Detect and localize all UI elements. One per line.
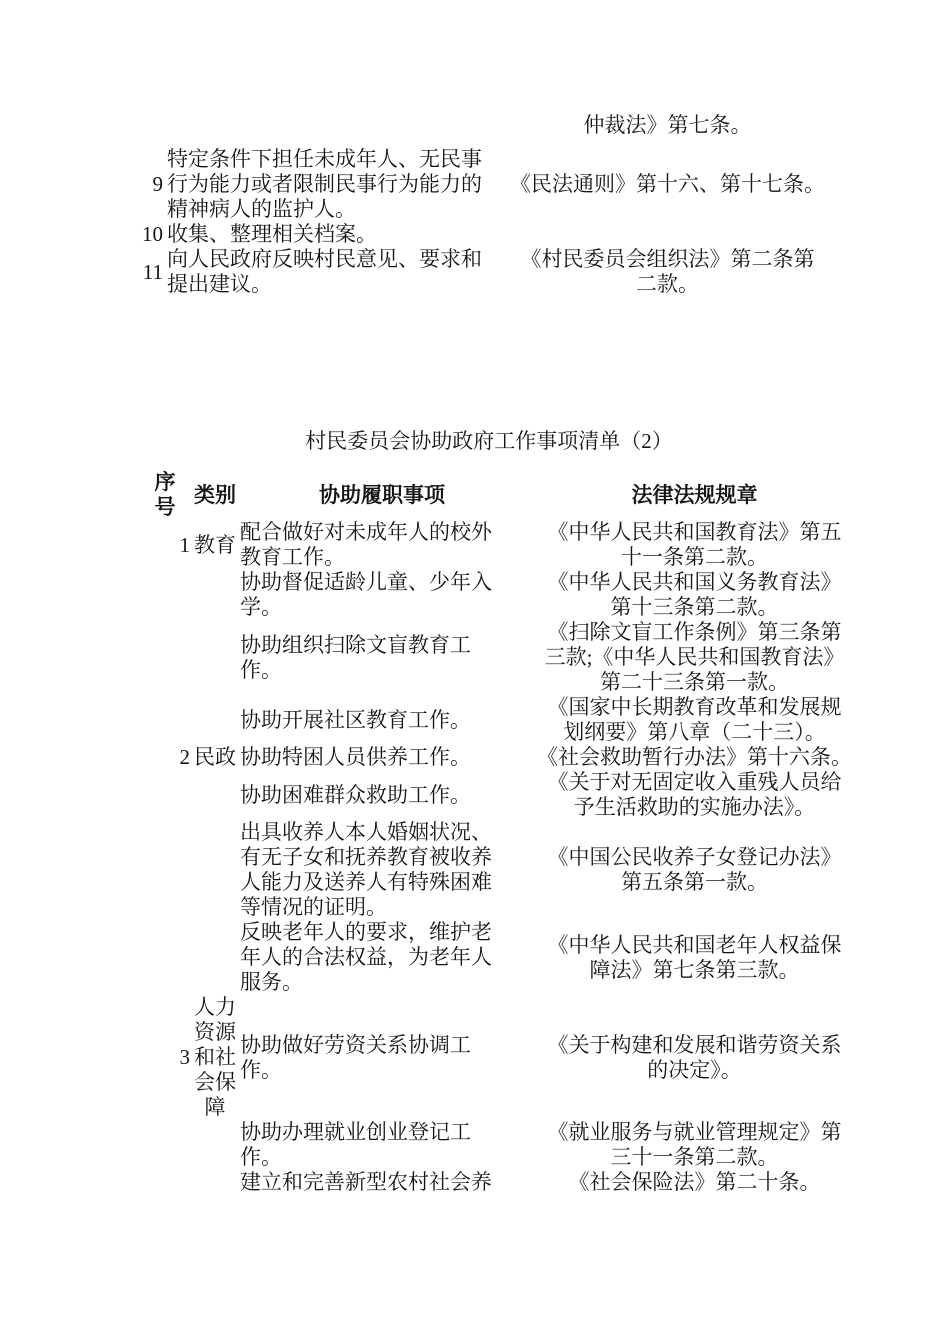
table-row: 2 民政 协助特困人员供养工作。 《社会救助暂行办法》第十六条。 — [140, 745, 865, 770]
category-cell: 人力 资源 和社 会保 障 — [190, 995, 240, 1120]
category-cell — [190, 620, 240, 695]
category-cell — [190, 920, 240, 995]
law-cell: 仲裁法》第七条。 — [501, 113, 834, 147]
law-cell — [501, 222, 834, 247]
category-cell — [190, 770, 240, 820]
item-cell — [163, 113, 501, 147]
item-cell: 协助做好劳资关系协调工 作。 — [240, 995, 524, 1120]
continuation-table: 仲裁法》第七条。 9 特定条件下担任未成年人、无民事 行为能力或者限制民事行为能… — [140, 113, 834, 297]
table-row: 10 收集、整理相关档案。 — [140, 222, 834, 247]
seq-cell: 9 — [140, 147, 163, 222]
seq-cell — [140, 1120, 190, 1170]
law-cell: 《社会救助暂行办法》第十六条。 — [524, 745, 865, 770]
item-cell: 反映老年人的要求，维护老 年人的合法权益，为老年人 服务。 — [240, 920, 524, 995]
seq-cell: 2 — [140, 745, 190, 770]
item-cell: 特定条件下担任未成年人、无民事 行为能力或者限制民事行为能力的 精神病人的监护人… — [163, 147, 501, 222]
seq-cell — [140, 1170, 190, 1195]
seq-cell: 11 — [140, 247, 163, 297]
item-cell: 出具收养人本人婚姻状况、 有无子女和抚养教育被收养 人能力及送养人有特殊困难 等… — [240, 820, 524, 920]
category-cell: 教育 — [190, 520, 240, 570]
document-page: 仲裁法》第七条。 9 特定条件下担任未成年人、无民事 行为能力或者限制民事行为能… — [0, 0, 950, 1344]
table-row: 协助督促适龄儿童、少年入 学。 《中华人民共和国义务教育法》 第十三条第二款。 — [140, 570, 865, 620]
table-row: 建立和完善新型农村社会养 《社会保险法》第二十条。 — [140, 1170, 865, 1195]
category-cell: 民政 — [190, 745, 240, 770]
table-row: 协助开展社区教育工作。 《国家中长期教育改革和发展规 划纲要》第八章（二十三）。 — [140, 695, 865, 745]
seq-cell — [140, 920, 190, 995]
law-cell: 《中华人民共和国老年人权益保 障法》第七条第三款。 — [524, 920, 865, 995]
seq-cell — [140, 620, 190, 695]
law-cell: 《关于对无固定收入重残人员给 予生活救助的实施办法》。 — [524, 770, 865, 820]
category-cell — [190, 1170, 240, 1195]
document-title: 村民委员会协助政府工作事项清单（2） — [140, 429, 838, 454]
column-header-item: 协助履职事项 — [240, 470, 524, 520]
law-cell: 《民法通则》第十六、第十七条。 — [501, 147, 834, 222]
table-header-row: 序 号 类别 协助履职事项 法律法规规章 — [140, 470, 865, 520]
column-header-law: 法律法规规章 — [524, 470, 865, 520]
law-cell: 《扫除文盲工作条例》第三条第 三款;《中华人民共和国教育法》 第二十三条第一款。 — [524, 620, 865, 695]
column-header-seq: 序 号 — [140, 470, 190, 520]
item-cell: 协助办理就业创业登记工 作。 — [240, 1120, 524, 1170]
item-cell: 建立和完善新型农村社会养 — [240, 1170, 524, 1195]
table-row: 反映老年人的要求，维护老 年人的合法权益，为老年人 服务。 《中华人民共和国老年… — [140, 920, 865, 995]
item-cell: 收集、整理相关档案。 — [163, 222, 501, 247]
item-cell: 协助组织扫除文盲教育工 作。 — [240, 620, 524, 695]
law-cell: 《村民委员会组织法》第二条第 二款。 — [501, 247, 834, 297]
seq-cell — [140, 695, 190, 745]
law-cell: 《中华人民共和国教育法》第五 十一条第二款。 — [524, 520, 865, 570]
law-cell: 《社会保险法》第二十条。 — [524, 1170, 865, 1195]
table-row: 协助办理就业创业登记工 作。 《就业服务与就业管理规定》第 三十一条第二款。 — [140, 1120, 865, 1170]
table-row: 仲裁法》第七条。 — [140, 113, 834, 147]
law-cell: 《国家中长期教育改革和发展规 划纲要》第八章（二十三）。 — [524, 695, 865, 745]
item-cell: 协助特困人员供养工作。 — [240, 745, 524, 770]
table-row: 出具收养人本人婚姻状况、 有无子女和抚养教育被收养 人能力及送养人有特殊困难 等… — [140, 820, 865, 920]
seq-cell — [140, 820, 190, 920]
item-cell: 向人民政府反映村民意见、要求和 提出建议。 — [163, 247, 501, 297]
column-header-category: 类别 — [190, 470, 240, 520]
law-cell: 《中华人民共和国义务教育法》 第十三条第二款。 — [524, 570, 865, 620]
item-cell: 协助开展社区教育工作。 — [240, 695, 524, 745]
law-cell: 《中国公民收养子女登记办法》 第五条第一款。 — [524, 820, 865, 920]
table-row: 3 人力 资源 和社 会保 障 协助做好劳资关系协调工 作。 《关于构建和发展和… — [140, 995, 865, 1120]
law-cell: 《就业服务与就业管理规定》第 三十一条第二款。 — [524, 1120, 865, 1170]
seq-cell — [140, 770, 190, 820]
item-cell: 协助督促适龄儿童、少年入 学。 — [240, 570, 524, 620]
table-row: 9 特定条件下担任未成年人、无民事 行为能力或者限制民事行为能力的 精神病人的监… — [140, 147, 834, 222]
category-cell — [190, 820, 240, 920]
item-cell: 配合做好对未成年人的校外 教育工作。 — [240, 520, 524, 570]
table-row: 11 向人民政府反映村民意见、要求和 提出建议。 《村民委员会组织法》第二条第 … — [140, 247, 834, 297]
seq-cell: 3 — [140, 995, 190, 1120]
main-table: 序 号 类别 协助履职事项 法律法规规章 1 教育 配合做好对未成年人的校外 教… — [140, 470, 865, 1195]
law-cell: 《关于构建和发展和谐劳资关系 的决定》。 — [524, 995, 865, 1120]
seq-cell: 10 — [140, 222, 163, 247]
table-row: 协助组织扫除文盲教育工 作。 《扫除文盲工作条例》第三条第 三款;《中华人民共和… — [140, 620, 865, 695]
seq-cell: 1 — [140, 520, 190, 570]
category-cell — [190, 695, 240, 745]
seq-cell — [140, 570, 190, 620]
table-row: 协助困难群众救助工作。 《关于对无固定收入重残人员给 予生活救助的实施办法》。 — [140, 770, 865, 820]
seq-cell — [140, 113, 163, 147]
category-cell — [190, 570, 240, 620]
category-cell — [190, 1120, 240, 1170]
table-row: 1 教育 配合做好对未成年人的校外 教育工作。 《中华人民共和国教育法》第五 十… — [140, 520, 865, 570]
item-cell: 协助困难群众救助工作。 — [240, 770, 524, 820]
